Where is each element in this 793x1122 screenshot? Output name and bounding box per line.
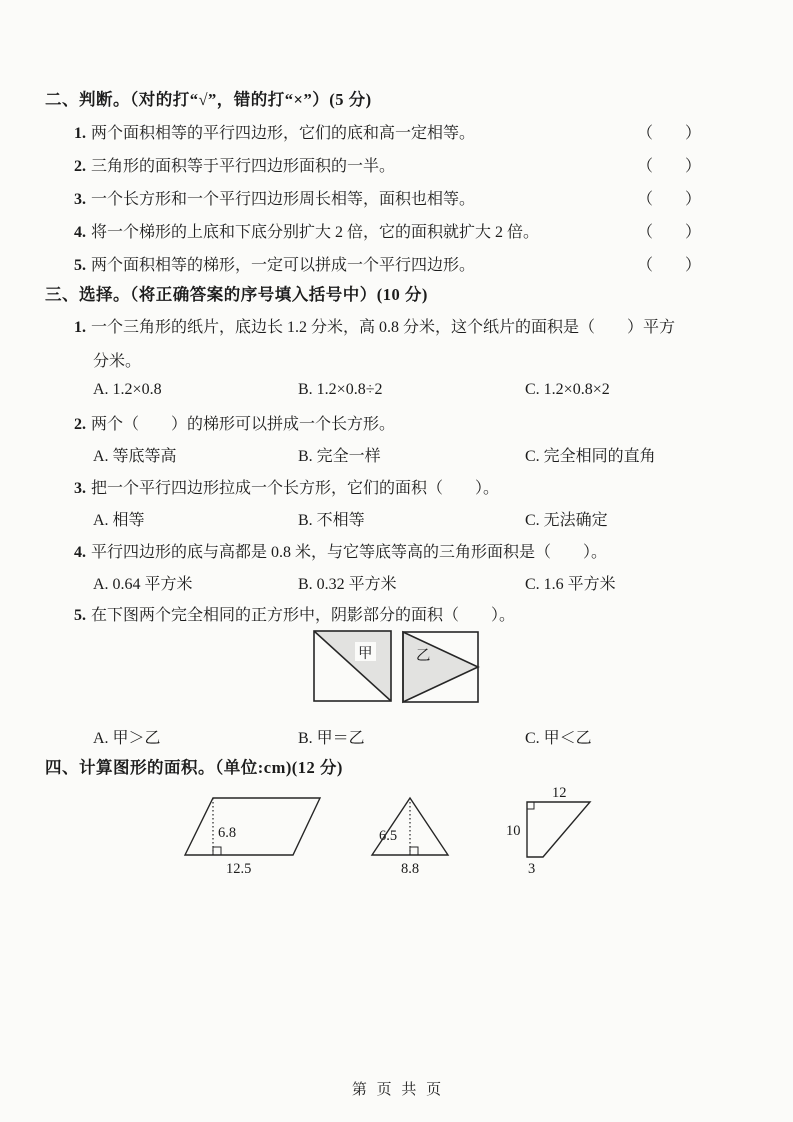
- parallelogram-outline: [185, 798, 320, 855]
- option-a: A. 等底等高: [93, 443, 298, 466]
- question-text: 一个三角形的纸片，底边长 1.2 分米，高 0.8 分米，这个纸片的面积是（ ）…: [91, 319, 675, 336]
- choice-q5-options: A. 甲＞乙 B. 甲＝乙 C. 甲＜乙: [93, 725, 592, 748]
- option-a: A. 甲＞乙: [93, 725, 298, 748]
- question-number: 2.: [74, 158, 86, 175]
- judgment-item-text: 2.三角形的面积等于平行四边形面积的一半。: [74, 153, 395, 176]
- option-c: C. 无法确定: [525, 507, 608, 530]
- choice-q1-line2: 分米。: [93, 348, 141, 371]
- trapezoid-figure: 12 10 3: [500, 780, 610, 880]
- option-b: B. 完全一样: [298, 443, 525, 466]
- trapezoid-side-label: 10: [506, 823, 521, 839]
- question-number: 4.: [74, 544, 86, 561]
- judgment-item-4: 4.将一个梯形的上底和下底分别扩大 2 倍，它的面积就扩大 2 倍。 （ ）: [74, 219, 701, 242]
- parallelogram-base-label: 12.5: [226, 861, 251, 877]
- choice-q4: 4.平行四边形的底与高都是 0.8 米，与它等底等高的三角形面积是（ ）。: [74, 539, 607, 562]
- question-number: 5.: [74, 607, 86, 624]
- question-number: 1.: [74, 319, 86, 336]
- question-text: 三角形的面积等于平行四边形面积的一半。: [91, 158, 395, 175]
- triangle-figure: 6.5 8.8: [355, 788, 465, 883]
- question-text: 两个面积相等的梯形，一定可以拼成一个平行四边形。: [91, 257, 475, 274]
- option-a: A. 相等: [93, 507, 298, 530]
- judgment-item-text: 5.两个面积相等的梯形，一定可以拼成一个平行四边形。: [74, 252, 475, 275]
- question-number: 5.: [74, 257, 86, 274]
- choice-q1-options: A. 1.2×0.8 B. 1.2×0.8÷2 C. 1.2×0.8×2: [93, 381, 610, 399]
- trapezoid-top-label: 12: [552, 785, 567, 801]
- choice-q1-line1: 1.一个三角形的纸片，底边长 1.2 分米，高 0.8 分米，这个纸片的面积是（…: [74, 314, 675, 337]
- judgment-item-text: 4.将一个梯形的上底和下底分别扩大 2 倍，它的面积就扩大 2 倍。: [74, 219, 539, 242]
- option-c: C. 1.2×0.8×2: [525, 381, 610, 399]
- square-figure-yi: 乙: [401, 630, 481, 705]
- figure-label-yi: 乙: [416, 648, 431, 664]
- option-a: A. 1.2×0.8: [93, 381, 298, 399]
- area-section-heading: 四、计算图形的面积。（单位:cm)(12 分): [45, 754, 343, 778]
- parallelogram-height-label: 6.8: [218, 825, 236, 841]
- option-b: B. 不相等: [298, 507, 525, 530]
- question-number: 4.: [74, 224, 86, 241]
- answer-parentheses: （ ）: [637, 120, 701, 143]
- judgment-item-5: 5.两个面积相等的梯形，一定可以拼成一个平行四边形。 （ ）: [74, 252, 701, 275]
- question-number: 3.: [74, 191, 86, 208]
- option-b: B. 甲＝乙: [298, 725, 525, 748]
- choice-q2: 2.两个（ ）的梯形可以拼成一个长方形。: [74, 411, 395, 434]
- parallelogram-figure: 6.8 12.5: [178, 788, 328, 883]
- option-a: A. 0.64 平方米: [93, 571, 298, 594]
- shaded-triangle: [403, 632, 478, 702]
- choice-q3-options: A. 相等 B. 不相等 C. 无法确定: [93, 507, 608, 530]
- question-number: 1.: [74, 125, 86, 142]
- answer-parentheses: （ ）: [637, 219, 701, 242]
- judgment-item-1: 1.两个面积相等的平行四边形，它们的底和高一定相等。 （ ）: [74, 120, 701, 143]
- question-text: 平行四边形的底与高都是 0.8 米，与它等底等高的三角形面积是（ ）。: [91, 544, 607, 561]
- choice-q3: 3.把一个平行四边形拉成一个长方形，它们的面积（ ）。: [74, 475, 499, 498]
- triangle-height-label: 6.5: [379, 828, 397, 844]
- choice-section-heading: 三、选择。（将正确答案的序号填入括号中）(10 分): [45, 281, 428, 305]
- option-c: C. 完全相同的直角: [525, 443, 656, 466]
- right-angle-mark: [527, 802, 534, 809]
- judgment-item-text: 3.一个长方形和一个平行四边形周长相等，面积也相等。: [74, 186, 475, 209]
- judgment-item-3: 3.一个长方形和一个平行四边形周长相等，面积也相等。 （ ）: [74, 186, 701, 209]
- judgment-item-2: 2.三角形的面积等于平行四边形面积的一半。 （ ）: [74, 153, 701, 176]
- right-angle-mark: [410, 847, 418, 855]
- choice-q5: 5.在下图两个完全相同的正方形中，阴影部分的面积（ ）。: [74, 602, 515, 625]
- option-b: B. 1.2×0.8÷2: [298, 381, 525, 399]
- question-text: 两个面积相等的平行四边形，它们的底和高一定相等。: [91, 125, 475, 142]
- trapezoid-outline: [527, 802, 590, 857]
- judgment-section-heading: 二、判断。（对的打“√”，错的打“×”）(5 分): [45, 86, 372, 110]
- triangle-base-label: 8.8: [401, 861, 419, 877]
- question-text: 将一个梯形的上底和下底分别扩大 2 倍，它的面积就扩大 2 倍。: [91, 224, 539, 241]
- figure-label-jia: 甲: [358, 645, 373, 662]
- option-c: C. 甲＜乙: [525, 725, 592, 748]
- option-c: C. 1.6 平方米: [525, 571, 616, 594]
- question-text: 在下图两个完全相同的正方形中，阴影部分的面积（ ）。: [91, 607, 515, 624]
- square-figure-jia: 甲: [312, 629, 394, 704]
- answer-parentheses: （ ）: [637, 252, 701, 275]
- answer-parentheses: （ ）: [637, 186, 701, 209]
- judgment-item-text: 1.两个面积相等的平行四边形，它们的底和高一定相等。: [74, 120, 475, 143]
- trapezoid-bottom-label: 3: [528, 861, 535, 877]
- question-text: 两个（ ）的梯形可以拼成一个长方形。: [91, 416, 395, 433]
- worksheet-page: 二、判断。（对的打“√”，错的打“×”）(5 分) 1.两个面积相等的平行四边形…: [0, 0, 793, 1122]
- option-b: B. 0.32 平方米: [298, 571, 525, 594]
- choice-q4-options: A. 0.64 平方米 B. 0.32 平方米 C. 1.6 平方米: [93, 571, 616, 594]
- answer-parentheses: （ ）: [637, 153, 701, 176]
- page-footer: 第 页 共 页: [0, 1078, 793, 1099]
- question-text: 把一个平行四边形拉成一个长方形，它们的面积（ ）。: [91, 480, 499, 497]
- question-text: 一个长方形和一个平行四边形周长相等，面积也相等。: [91, 191, 475, 208]
- choice-q2-options: A. 等底等高 B. 完全一样 C. 完全相同的直角: [93, 443, 656, 466]
- right-angle-mark: [213, 847, 221, 855]
- question-number: 2.: [74, 416, 86, 433]
- question-number: 3.: [74, 480, 86, 497]
